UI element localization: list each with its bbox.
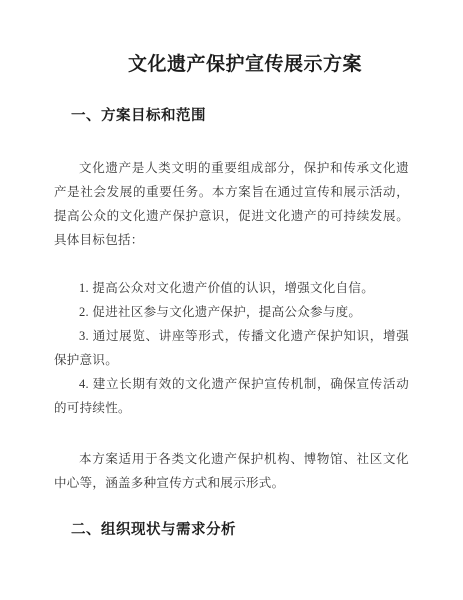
goal-item-1: 1. 提高公众对文化遗产价值的认识，增强文化自信。 [54, 276, 409, 300]
goals-list: 1. 提高公众对文化遗产价值的认识，增强文化自信。 2. 促进社区参与文化遗产保… [54, 276, 409, 420]
goal-item-4: 4. 建立长期有效的文化遗产保护宣传机制，确保宣传活动的可持续性。 [54, 372, 409, 420]
intro-paragraph: 文化遗产是人类文明的重要组成部分，保护和传承文化遗产是社会发展的重要任务。本方案… [54, 156, 409, 252]
document-title: 文化遗产保护宣传展示方案 [54, 0, 409, 78]
section-heading-2: 二、组织现状与需求分析 [71, 522, 409, 538]
goal-item-2: 2. 促进社区参与文化遗产保护，提高公众参与度。 [54, 300, 409, 324]
goal-item-3: 3. 通过展览、讲座等形式，传播文化遗产保护知识，增强保护意识。 [54, 324, 409, 372]
section-heading-1: 一、方案目标和范围 [71, 108, 409, 124]
document-page: 文化遗产保护宣传展示方案 一、方案目标和范围 文化遗产是人类文明的重要组成部分，… [0, 0, 463, 600]
scope-paragraph: 本方案适用于各类文化遗产保护机构、博物馆、社区文化中心等，涵盖多种宣传方式和展示… [54, 447, 409, 495]
